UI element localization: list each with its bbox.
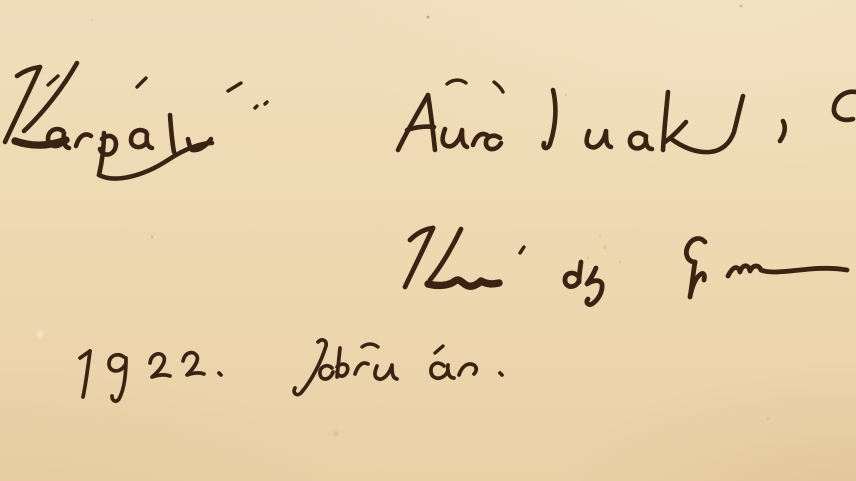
pen-stroke bbox=[670, 96, 743, 152]
pen-stroke bbox=[686, 239, 705, 262]
pen-stroke bbox=[459, 364, 476, 375]
pen-stroke bbox=[398, 95, 428, 150]
pen-stroke bbox=[430, 229, 461, 280]
handwriting-line-signature bbox=[405, 228, 847, 305]
pen-stroke bbox=[183, 353, 204, 375]
pen-stroke bbox=[428, 95, 435, 150]
pen-stroke bbox=[255, 106, 257, 108]
pen-stroke bbox=[500, 373, 502, 375]
pen-stroke bbox=[834, 92, 856, 120]
pen-stroke bbox=[494, 82, 503, 92]
pen-stroke bbox=[137, 78, 146, 87]
pen-stroke bbox=[147, 134, 152, 148]
pen-stroke bbox=[219, 373, 221, 375]
pen-stroke bbox=[48, 76, 58, 85]
pen-stroke bbox=[486, 136, 501, 149]
pen-stroke bbox=[443, 129, 467, 147]
pen-stroke bbox=[228, 83, 241, 91]
manuscript-page: Kárpáti Aurélnak, a Krúdy Gyula 1922. fe… bbox=[0, 0, 856, 481]
pen-stroke bbox=[587, 268, 602, 305]
pen-stroke bbox=[728, 266, 847, 276]
pen-stroke bbox=[520, 247, 524, 253]
pen-stroke bbox=[447, 80, 466, 84]
pen-stroke bbox=[76, 134, 91, 146]
pen-stroke bbox=[362, 344, 378, 347]
pen-stroke bbox=[24, 63, 77, 131]
pen-stroke bbox=[83, 351, 90, 397]
pen-stroke bbox=[265, 102, 267, 104]
pen-stroke bbox=[109, 355, 125, 371]
handwriting-line-dedication bbox=[5, 63, 856, 179]
pen-stroke bbox=[544, 90, 556, 148]
handwriting-line-date bbox=[80, 340, 502, 401]
pen-stroke bbox=[320, 366, 333, 379]
pen-stroke bbox=[375, 365, 397, 379]
pen-stroke bbox=[690, 262, 704, 297]
pen-stroke bbox=[646, 136, 652, 149]
pen-stroke bbox=[407, 127, 434, 130]
pen-stroke bbox=[428, 280, 499, 286]
pen-stroke bbox=[355, 363, 368, 374]
pen-stroke bbox=[170, 115, 174, 152]
handwriting-layer bbox=[0, 0, 856, 481]
pen-stroke bbox=[780, 121, 785, 141]
pen-stroke bbox=[579, 262, 581, 282]
pen-stroke bbox=[587, 131, 611, 147]
pen-stroke bbox=[448, 365, 454, 378]
pen-stroke bbox=[431, 363, 448, 378]
pen-stroke bbox=[150, 354, 170, 377]
pen-stroke bbox=[435, 346, 443, 353]
